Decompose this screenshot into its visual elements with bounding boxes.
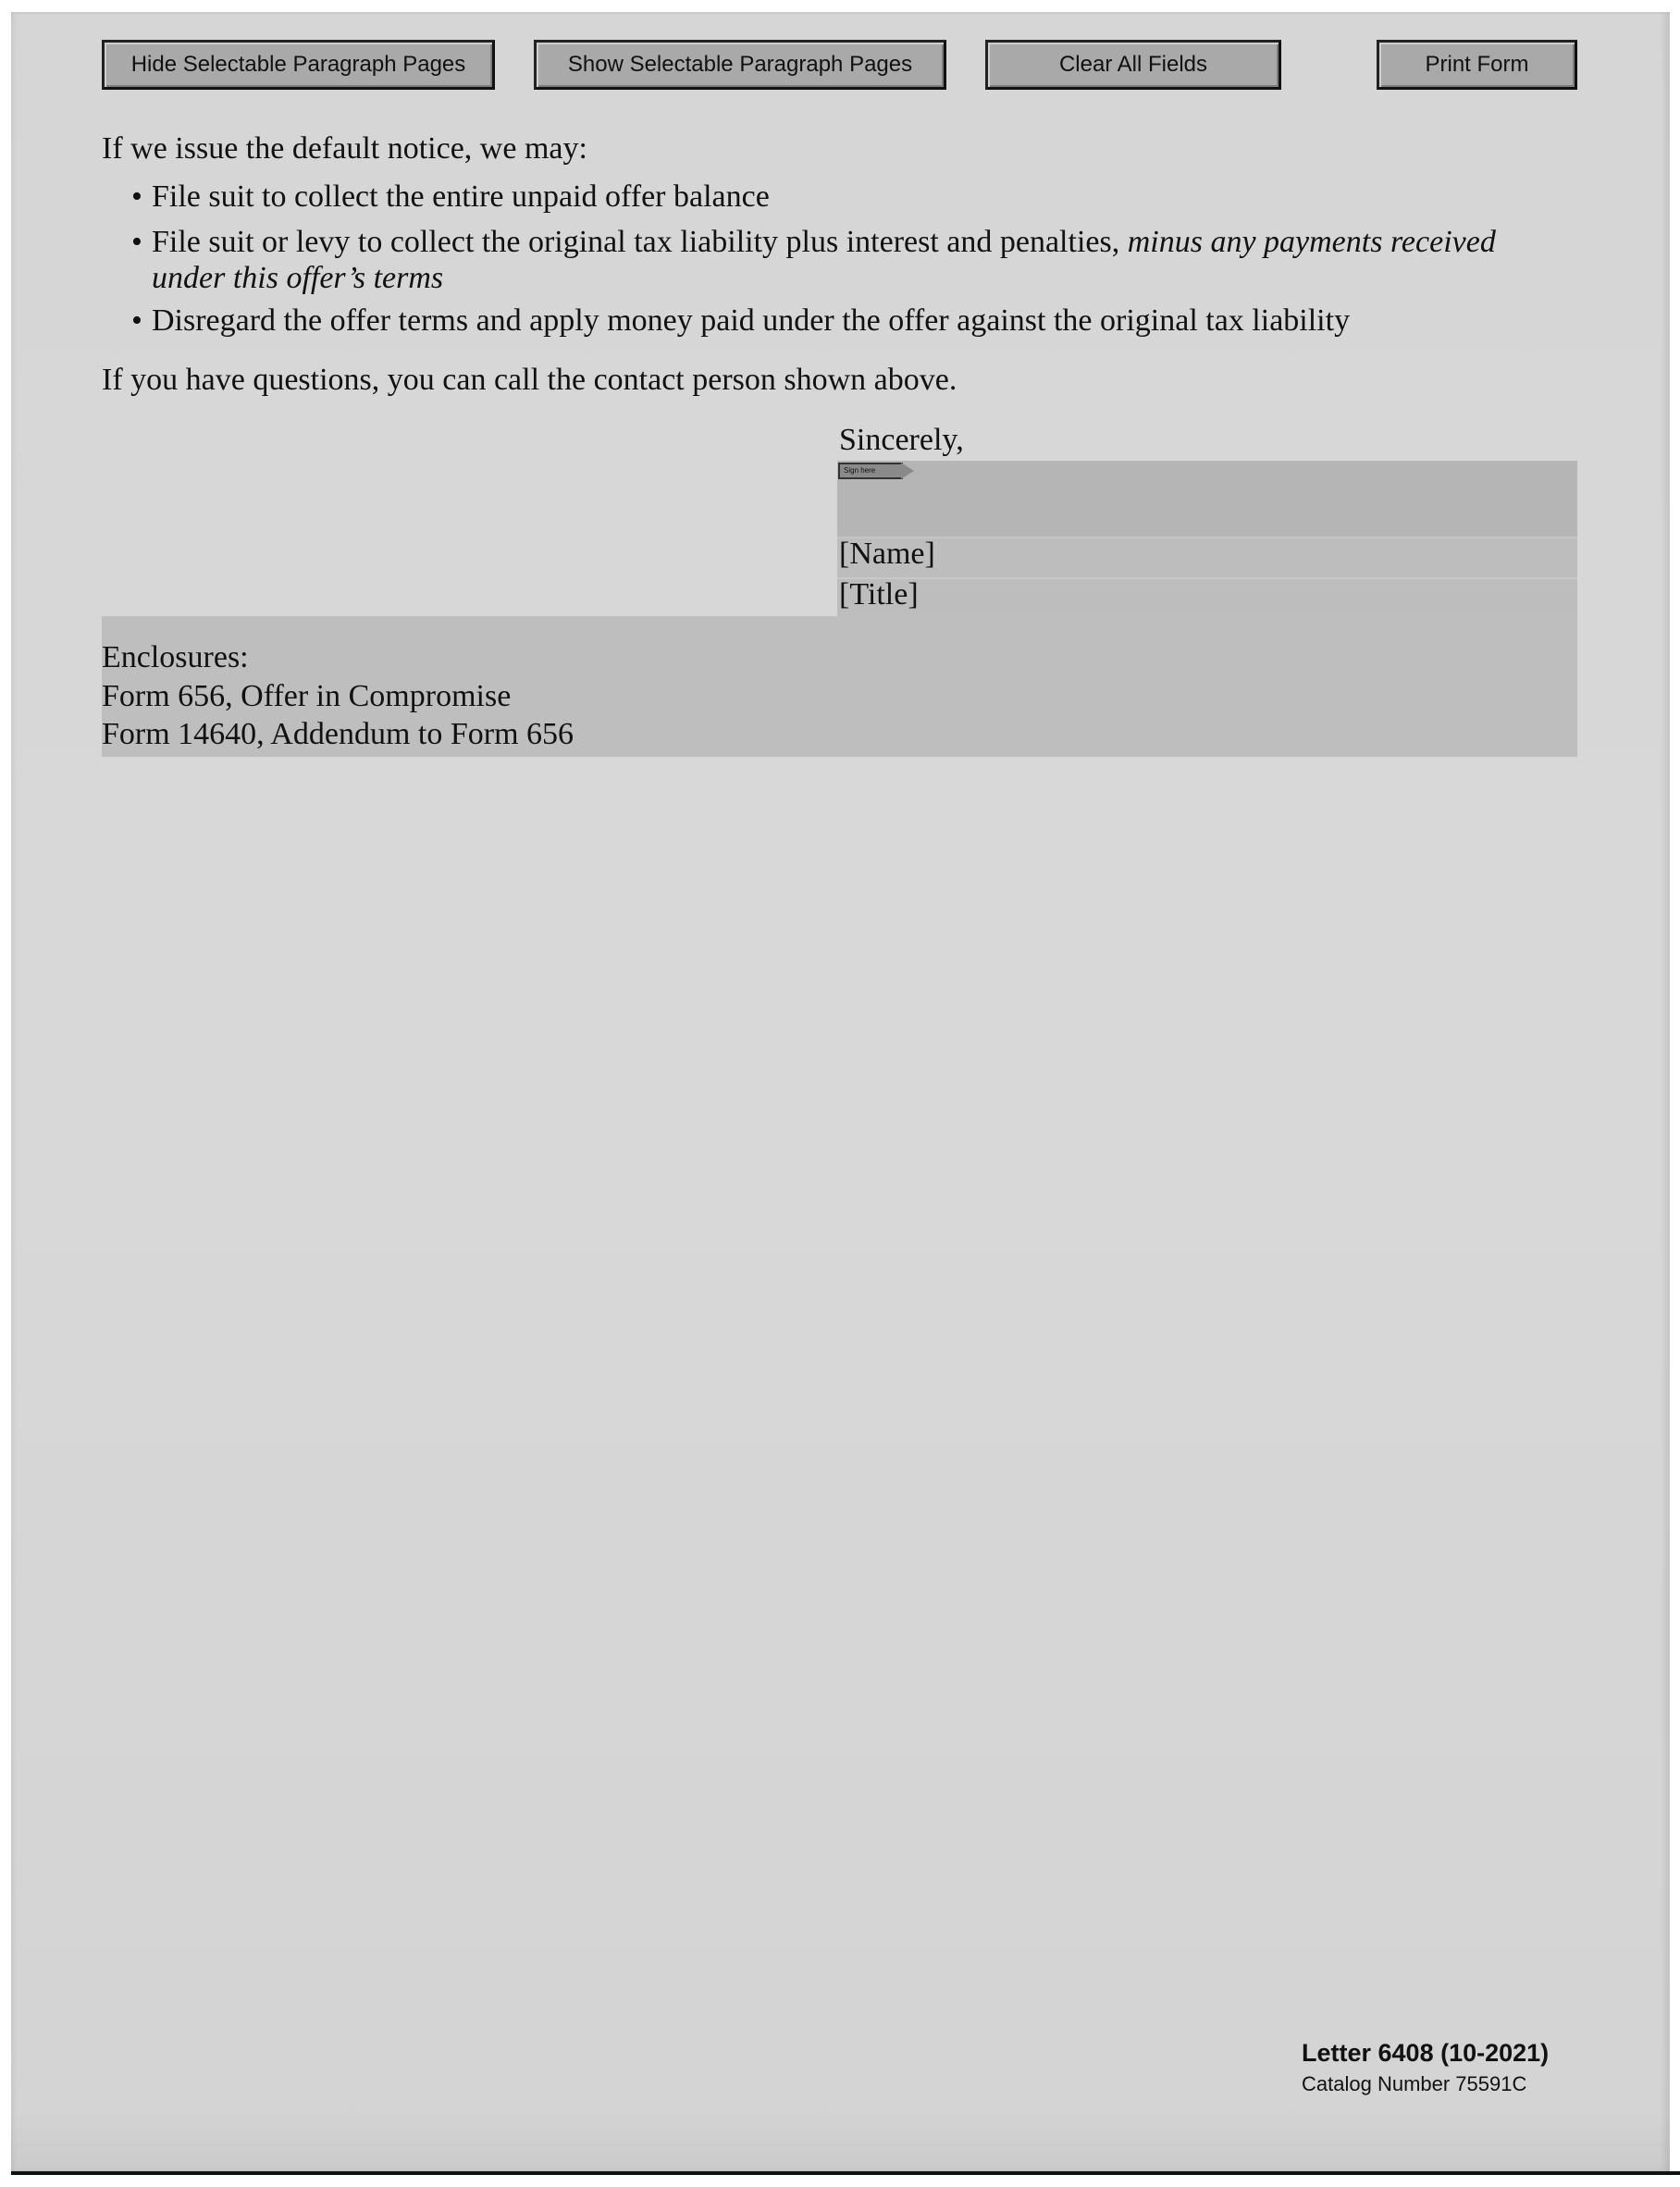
name-field[interactable] — [837, 538, 1577, 579]
bullet-icon: • — [131, 225, 152, 260]
catalog-number: Catalog Number 75591C — [1302, 2072, 1526, 2096]
hide-selectable-pages-button[interactable]: Hide Selectable Paragraph Pages — [102, 40, 495, 90]
show-selectable-pages-button[interactable]: Show Selectable Paragraph Pages — [534, 40, 946, 90]
sign-here-tab[interactable]: Sign here — [838, 463, 903, 479]
bullet-icon: • — [131, 303, 152, 339]
bullet-text: Disregard the offer terms and apply mone… — [152, 303, 1350, 338]
form-identifier: Letter 6408 (10-2021) — [1302, 2039, 1549, 2068]
bullet-text: File suit to collect the entire unpaid o… — [152, 179, 770, 214]
enclosure-item: Form 656, Offer in Compromise — [102, 679, 511, 714]
enclosure-item: Form 14640, Addendum to Form 656 — [102, 717, 574, 752]
name-field-value: [Name] — [839, 537, 935, 572]
bullet-item: •Disregard the offer terms and apply mon… — [131, 303, 1350, 339]
bullet-item: •File suit to collect the entire unpaid … — [131, 179, 770, 215]
title-field-value: [Title] — [839, 577, 919, 612]
sign-here-arrow-icon — [901, 463, 914, 479]
title-field[interactable] — [837, 579, 1577, 616]
closing-text: Sincerely, — [839, 423, 964, 458]
print-form-button[interactable]: Print Form — [1377, 40, 1577, 90]
clear-all-fields-button[interactable]: Clear All Fields — [985, 40, 1281, 90]
signature-field[interactable] — [837, 461, 1577, 538]
bullet-text: File suit or levy to collect the origina… — [152, 225, 1128, 259]
enclosures-heading: Enclosures: — [102, 640, 249, 675]
bullet-item: •File suit or levy to collect the origin… — [131, 225, 1496, 260]
bullet-text-italic: minus any payments received — [1128, 225, 1496, 259]
intro-paragraph: If we issue the default notice, we may: — [102, 131, 587, 167]
bullet-icon: • — [131, 179, 152, 215]
bullet-text-italic-continued: under this offer’s terms — [152, 261, 443, 296]
page-bottom-rule — [11, 2171, 1680, 2175]
questions-paragraph: If you have questions, you can call the … — [102, 363, 957, 398]
